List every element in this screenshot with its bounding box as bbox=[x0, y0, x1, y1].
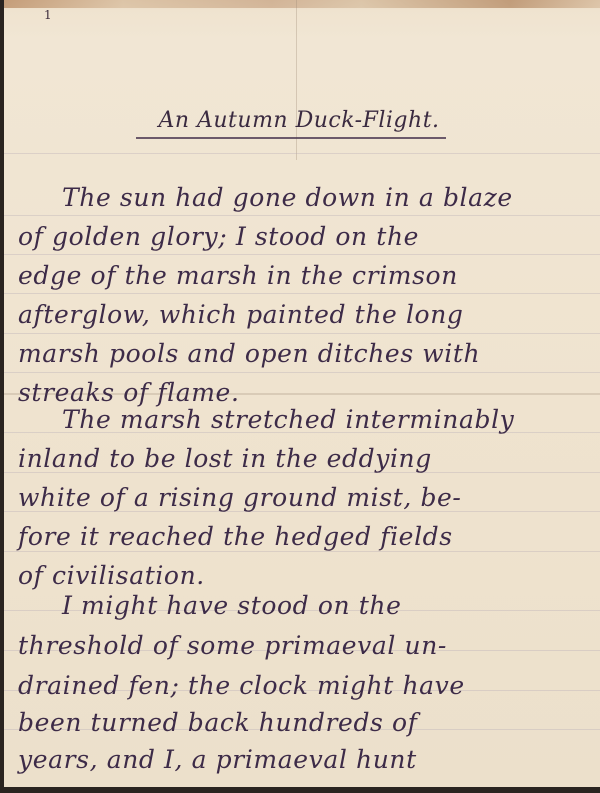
ruled-line bbox=[4, 215, 600, 216]
page-number: 1 bbox=[44, 8, 52, 22]
ruled-line bbox=[4, 254, 600, 255]
text-line: The marsh stretched interminably bbox=[62, 405, 600, 434]
text-line: of civilisation. bbox=[18, 561, 598, 590]
paper-fold-vertical bbox=[296, 0, 297, 160]
text-line: inland to be lost in the eddying bbox=[18, 444, 598, 473]
ruled-line bbox=[4, 372, 600, 373]
manuscript-page: 1 An Autumn Duck-Flight. The sun had gon… bbox=[4, 0, 600, 787]
title-underline bbox=[136, 137, 446, 139]
text-line: marsh pools and open ditches with bbox=[18, 339, 598, 368]
text-line: white of a rising ground mist, be- bbox=[18, 483, 598, 512]
ruled-line bbox=[4, 153, 600, 154]
ruled-line bbox=[4, 293, 600, 294]
text-line: I might have stood on the bbox=[62, 591, 600, 620]
text-line: been turned back hundreds of bbox=[18, 708, 598, 737]
text-line: The sun had gone down in a blaze bbox=[62, 183, 600, 212]
text-line: years, and I, a primaeval hunt bbox=[18, 745, 598, 774]
ruled-line bbox=[4, 551, 600, 552]
text-line: streaks of flame. bbox=[18, 378, 598, 407]
text-line: afterglow, which painted the long bbox=[18, 300, 598, 329]
text-line: edge of the marsh in the crimson bbox=[18, 261, 598, 290]
text-line: drained fen; the clock might have bbox=[18, 671, 598, 700]
document-title: An Autumn Duck-Flight. bbox=[134, 108, 464, 133]
text-line: of golden glory; I stood on the bbox=[18, 222, 598, 251]
text-line: fore it reached the hedged fields bbox=[18, 522, 598, 551]
ruled-line bbox=[4, 333, 600, 334]
text-line: threshold of some primaeval un- bbox=[18, 631, 598, 660]
paper-stain bbox=[4, 0, 600, 8]
